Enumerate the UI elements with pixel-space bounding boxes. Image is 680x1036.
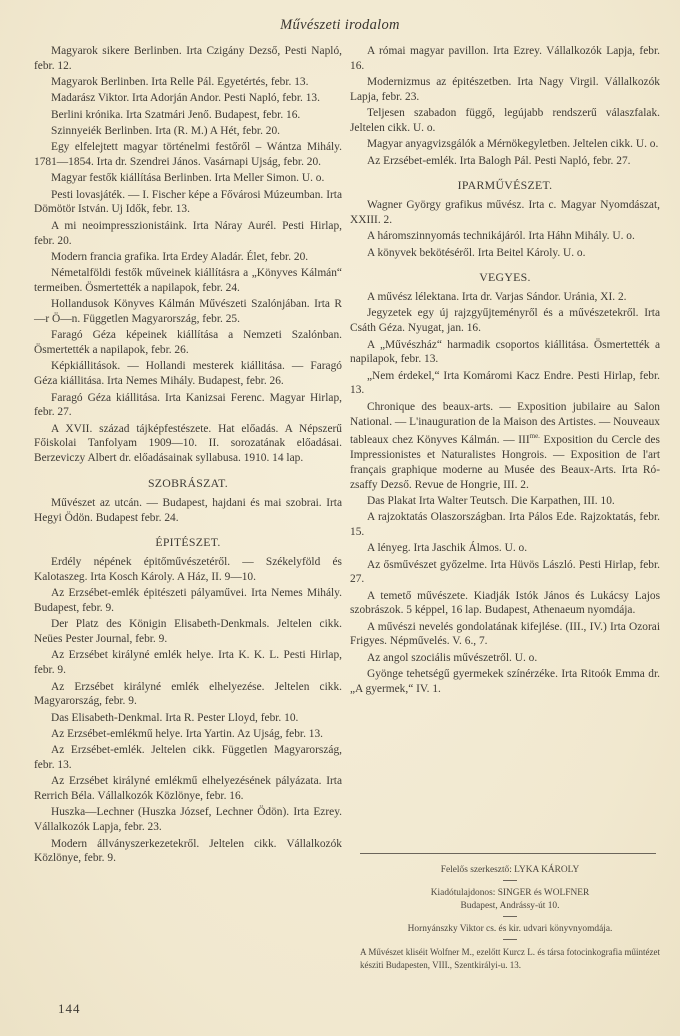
- imprint-cliches: A Művészet kliséit Wolfner M., ezelőtt K…: [360, 946, 660, 971]
- running-head: Művészeti irodalom: [0, 17, 680, 34]
- bibliography-entry: Szinnyeiék Berlinben. Irta (R. M.) A Hét…: [34, 124, 342, 139]
- imprint-printer: Hornyánszky Viktor cs. és kir. udvari kö…: [360, 923, 660, 936]
- section-heading: IPARMŰVÉSZET.: [350, 178, 660, 193]
- right-intro-entries: A római magyar pavillon. Irta Ezrey. Vál…: [350, 44, 660, 168]
- bibliography-entry: Az Erzsébet-emlék épitészeti pályaművei.…: [34, 586, 342, 616]
- short-divider: [503, 916, 517, 917]
- bibliography-entry: Az Erzsébet-emlék. Jeltelen cikk. Függet…: [34, 743, 342, 773]
- journal-page: Művészeti irodalom Magyarok sikere Berli…: [0, 0, 680, 1036]
- short-divider: [503, 880, 517, 881]
- bibliography-entry: Modernizmus az épitészetben. Irta Nagy V…: [350, 75, 660, 105]
- bibliography-entry: Az angol szociális művészetről. U. o.: [350, 651, 660, 666]
- bibliography-entry: Wagner György grafikus művész. Irta c. M…: [350, 198, 660, 228]
- bibliography-entry: Az Erzsébet királyné emlék helye. Irta K…: [34, 648, 342, 678]
- imprint-publisher: Kiadótulajdonos: SINGER és WOLFNER: [360, 887, 660, 900]
- bibliography-entry: Das Plakat Irta Walter Teutsch. Die Karp…: [350, 494, 660, 509]
- bibliography-entry: Az Erzsébet-emlékmű helye. Irta Yartin. …: [34, 727, 342, 742]
- bibliography-entry: A lényeg. Irta Jaschik Álmos. U. o.: [350, 541, 660, 556]
- bibliography-entry: A római magyar pavillon. Irta Ezrey. Vál…: [350, 44, 660, 74]
- bibliography-entry: A művészi nevelés gondolatának kifejlése…: [350, 620, 660, 650]
- bibliography-entry: Faragó Géza kiállitása. Irta Kanizsai Fe…: [34, 391, 342, 421]
- bibliography-entry: Magyar festők kiállítása Berlinben. Irta…: [34, 171, 342, 186]
- bibliography-entry: Egy elfelejtett magyar történelmi festőr…: [34, 140, 342, 170]
- bibliography-entry: Huszka—Lechner (Huszka József, Lechner Ö…: [34, 805, 342, 835]
- bibliography-entry: Az Erzsébet-emlék. Irta Balogh Pál. Pest…: [350, 154, 660, 169]
- bibliography-entry: Képkiállitások. — Hollandi mesterek kiál…: [34, 359, 342, 389]
- short-divider: [503, 939, 517, 940]
- left-sections: SZOBRÁSZAT.Művészet az utcán. — Budapest…: [34, 476, 342, 866]
- bibliography-entry: Der Platz des Königin Elisabeth-Denkmals…: [34, 617, 342, 647]
- bibliography-entry: Faragó Géza képeinek kiállítása a Nemzet…: [34, 328, 342, 358]
- bibliography-entry: A könyvek bekötéséről. Irta Beitel Károl…: [350, 246, 660, 261]
- bibliography-entry: Madarász Viktor. Irta Adorján Andor. Pes…: [34, 91, 342, 106]
- bibliography-entry: Pesti lovasjáték. — I. Fischer képe a Fő…: [34, 188, 342, 218]
- left-column: Magyarok sikere Berlinben. Irta Czigány …: [34, 44, 342, 868]
- bibliography-entry: Hollandusok Könyves Kálmán Művészeti Sza…: [34, 297, 342, 327]
- bibliography-entry: A temető művészete. Kiadják Istók János …: [350, 589, 660, 619]
- bibliography-entry: Gyönge tehetségű gyermekek színérzéke. I…: [350, 667, 660, 697]
- bibliography-entry: Az ősművészet győzelme. Irta Hüvös Lászl…: [350, 558, 660, 588]
- bibliography-entry: Magyar anyagvizsgálók a Mérnökegyletben.…: [350, 137, 660, 152]
- imprint: Felelős szerkesztő: LYKA KÁROLY Kiadótul…: [360, 864, 660, 971]
- bibliography-entry: A mi neoimpresszionistáink. Irta Náray A…: [34, 219, 342, 249]
- bibliography-entry: Erdély népének épitőművészetéről. — Szék…: [34, 555, 342, 585]
- page-number: 144: [58, 1001, 81, 1017]
- bibliography-entry: Berlini krónika. Irta Szatmári Jenő. Bud…: [34, 108, 342, 123]
- section-heading: ÉPITÉSZET.: [34, 535, 342, 550]
- footer-divider: [360, 853, 656, 854]
- bibliography-entry: Chronique des beaux-arts. — Exposition j…: [350, 400, 660, 493]
- bibliography-entry: A XVII. század tájképfestészete. Hat elő…: [34, 422, 342, 466]
- bibliography-entry: Das Elisabeth-Denkmal. Irta R. Pester Ll…: [34, 711, 342, 726]
- bibliography-entry: A rajzoktatás Olaszországban. Irta Pálos…: [350, 510, 660, 540]
- right-column: A római magyar pavillon. Irta Ezrey. Vál…: [350, 44, 660, 698]
- right-sections: IPARMŰVÉSZET.Wagner György grafikus művé…: [350, 178, 660, 696]
- bibliography-entry: Teljesen szabadon függő, legújabb rendsz…: [350, 106, 660, 136]
- bibliography-entry: Jegyzetek egy új rajzgyűjteményről és a …: [350, 306, 660, 336]
- left-intro-entries: Magyarok sikere Berlinben. Irta Czigány …: [34, 44, 342, 466]
- bibliography-entry: Modern francia grafika. Irta Erdey Aladá…: [34, 250, 342, 265]
- bibliography-entry: Az Erzsébet királyné emlékmű elhelyezésé…: [34, 774, 342, 804]
- bibliography-entry: A művész lélektana. Irta dr. Varjas Sánd…: [350, 290, 660, 305]
- bibliography-entry: A „Művészház“ harmadik csoportos kiállit…: [350, 338, 660, 368]
- section-heading: VEGYES.: [350, 270, 660, 285]
- bibliography-entry: Modern állványszerkezetekről. Jeltelen c…: [34, 837, 342, 867]
- bibliography-entry: Magyarok sikere Berlinben. Irta Czigány …: [34, 44, 342, 74]
- bibliography-entry: „Nem érdekel,“ Irta Komáromi Kacz Endre.…: [350, 369, 660, 399]
- section-heading: SZOBRÁSZAT.: [34, 476, 342, 491]
- bibliography-entry: Németalföldi festők műveinek kiállításra…: [34, 266, 342, 296]
- bibliography-entry: Művészet az utcán. — Budapest, hajdani é…: [34, 496, 342, 526]
- bibliography-entry: A háromszinnyomás technikájáról. Irta Há…: [350, 229, 660, 244]
- bibliography-entry: Az Erzsébet királyné emlék elhelyezése. …: [34, 680, 342, 710]
- imprint-publisher-address: Budapest, Andrássy-út 10.: [360, 900, 660, 913]
- bibliography-entry: Magyarok Berlinben. Irta Relle Pál. Egye…: [34, 75, 342, 90]
- imprint-editor: Felelős szerkesztő: LYKA KÁROLY: [360, 864, 660, 877]
